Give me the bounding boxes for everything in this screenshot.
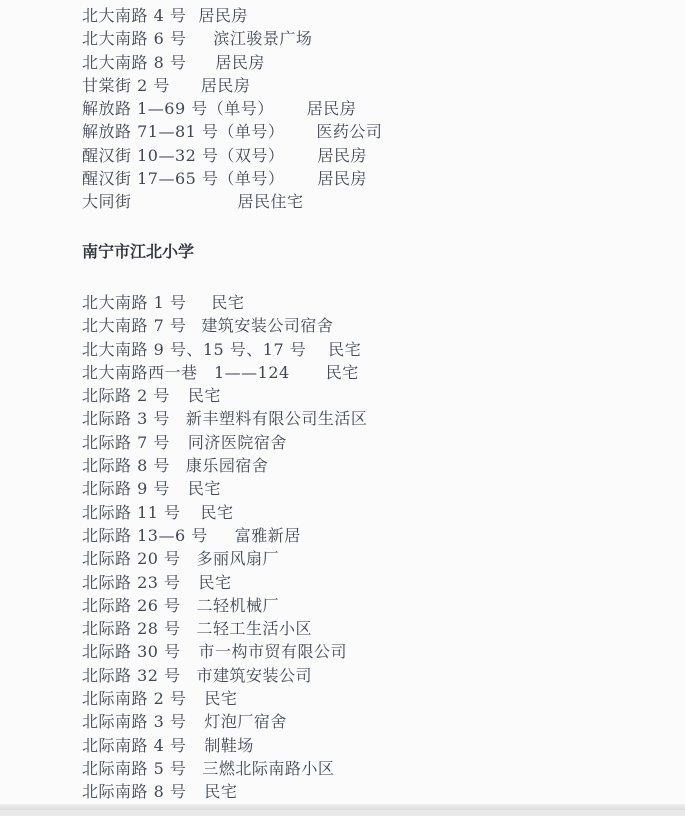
address-row: 北际路 23 号民宅 bbox=[82, 571, 665, 594]
address-row: 北际路 11 号民宅 bbox=[82, 501, 665, 524]
address-text: 北际路 11 号 bbox=[82, 501, 181, 524]
address-text: 北大南路 6 号 bbox=[82, 27, 186, 50]
address-text: 北大南路 1 号 bbox=[82, 291, 186, 314]
usage-text: 富雅新居 bbox=[235, 524, 301, 547]
address-row: 北际路 20 号多丽风扇厂 bbox=[82, 547, 665, 570]
usage-text: 民宅 bbox=[204, 687, 237, 710]
address-text: 北际路 28 号 bbox=[82, 617, 181, 640]
usage-text: 二轻机械厂 bbox=[197, 594, 280, 617]
address-text: 北际南路 8 号 bbox=[82, 780, 186, 803]
address-text: 北际路 13—6 号 bbox=[82, 524, 208, 547]
address-text: 北际路 32 号 bbox=[82, 664, 181, 687]
address-text: 北大南路 9 号、15 号、17 号 bbox=[82, 338, 306, 361]
address-row: 醒汉街 17—65 号（单号）居民房 bbox=[82, 167, 665, 190]
address-text: 醒汉街 17—65 号（单号） bbox=[82, 167, 284, 190]
address-text: 北大南路西一巷 1——124 bbox=[82, 361, 290, 384]
address-row: 解放路 1—69 号（单号）居民房 bbox=[82, 97, 665, 120]
address-row: 北际路 32 号市建筑安装公司 bbox=[82, 664, 665, 687]
address-row: 北大南路 1 号民宅 bbox=[82, 291, 665, 314]
address-row: 大同街居民住宅 bbox=[82, 190, 665, 213]
usage-text: 民宅 bbox=[188, 384, 221, 407]
usage-text: 居民房 bbox=[215, 51, 265, 74]
usage-text: 居民房 bbox=[201, 74, 251, 97]
usage-text: 同济医院宿舍 bbox=[188, 431, 287, 454]
usage-text: 新丰塑料有限公司生活区 bbox=[186, 407, 368, 430]
usage-text: 建筑安装公司宿舍 bbox=[201, 314, 333, 337]
usage-text: 民宅 bbox=[201, 501, 234, 524]
address-text: 北际南路 4 号 bbox=[82, 734, 186, 757]
usage-text: 居民房 bbox=[307, 97, 357, 120]
address-text: 北际路 30 号 bbox=[82, 640, 181, 663]
address-text: 北际南路 5 号 bbox=[82, 757, 186, 780]
address-row: 北际路 13—6 号富雅新居 bbox=[82, 524, 665, 547]
address-row: 北际南路 3 号灯泡厂宿舍 bbox=[82, 710, 665, 733]
usage-text: 民宅 bbox=[326, 361, 359, 384]
usage-text: 三燃北际南路小区 bbox=[202, 757, 334, 780]
address-text: 北际路 23 号 bbox=[82, 571, 181, 594]
address-text: 北际路 9 号 bbox=[82, 477, 170, 500]
usage-text: 居民房 bbox=[198, 4, 248, 27]
usage-text: 二轻工生活小区 bbox=[197, 617, 313, 640]
address-text: 北大南路 7 号 bbox=[82, 314, 186, 337]
address-row: 北际路 28 号二轻工生活小区 bbox=[82, 617, 665, 640]
address-text: 大同街 bbox=[82, 190, 132, 213]
usage-text: 居民住宅 bbox=[238, 190, 304, 213]
address-text: 醒汉街 10—32 号（双号） bbox=[82, 144, 284, 167]
address-text: 北际路 8 号 bbox=[82, 454, 170, 477]
address-text: 北大南路 8 号 bbox=[82, 51, 186, 74]
usage-text: 居民房 bbox=[317, 144, 367, 167]
usage-text: 民宅 bbox=[188, 477, 221, 500]
scan-bottom-edge bbox=[0, 804, 685, 810]
address-row: 北际路 2 号民宅 bbox=[82, 384, 665, 407]
address-row: 北际路 7 号同济医院宿舍 bbox=[82, 431, 665, 454]
address-row: 醒汉街 10—32 号（双号）居民房 bbox=[82, 144, 665, 167]
usage-text: 灯泡厂宿舍 bbox=[204, 710, 287, 733]
address-text: 北际路 20 号 bbox=[82, 547, 181, 570]
usage-text: 民宅 bbox=[211, 291, 244, 314]
usage-text: 滨江骏景广场 bbox=[213, 27, 312, 50]
address-text: 北际路 3 号 bbox=[82, 407, 170, 430]
usage-text: 制鞋场 bbox=[204, 734, 254, 757]
document-page: 北大南路 4 号居民房北大南路 6 号滨江骏景广场北大南路 8 号居民房甘棠街 … bbox=[0, 0, 685, 810]
document-content: 北大南路 4 号居民房北大南路 6 号滨江骏景广场北大南路 8 号居民房甘棠街 … bbox=[0, 0, 685, 804]
usage-text: 民宅 bbox=[199, 571, 232, 594]
address-text: 北际路 2 号 bbox=[82, 384, 170, 407]
usage-text: 市建筑安装公司 bbox=[197, 664, 313, 687]
address-row: 解放路 71—81 号（单号）医药公司 bbox=[82, 120, 665, 143]
address-row: 北际路 9 号民宅 bbox=[82, 477, 665, 500]
address-text: 甘棠街 2 号 bbox=[82, 74, 170, 97]
address-row: 北际南路 5 号三燃北际南路小区 bbox=[82, 757, 665, 780]
usage-text: 康乐园宿舍 bbox=[186, 454, 269, 477]
address-list-school: 北大南路 1 号民宅北大南路 7 号建筑安装公司宿舍北大南路 9 号、15 号、… bbox=[82, 291, 665, 804]
address-row: 北际南路 4 号制鞋场 bbox=[82, 734, 665, 757]
address-text: 北大南路 4 号 bbox=[82, 4, 186, 27]
address-text: 解放路 71—81 号（单号） bbox=[82, 120, 284, 143]
usage-text: 民宅 bbox=[328, 338, 361, 361]
section-heading: 南宁市江北小学 bbox=[82, 240, 665, 263]
address-text: 北际路 26 号 bbox=[82, 594, 181, 617]
usage-text: 多丽风扇厂 bbox=[197, 547, 280, 570]
address-row: 北大南路 9 号、15 号、17 号民宅 bbox=[82, 338, 665, 361]
address-text: 北际路 7 号 bbox=[82, 431, 170, 454]
address-text: 北际南路 3 号 bbox=[82, 710, 186, 733]
usage-text: 居民房 bbox=[317, 167, 367, 190]
address-text: 北际南路 2 号 bbox=[82, 687, 186, 710]
address-row: 北际路 30 号市一构市贸有限公司 bbox=[82, 640, 665, 663]
usage-text: 市一构市贸有限公司 bbox=[199, 640, 348, 663]
address-row: 北大南路 4 号居民房 bbox=[82, 4, 665, 27]
address-row: 北际南路 2 号民宅 bbox=[82, 687, 665, 710]
address-row: 北际南路 8 号民宅 bbox=[82, 780, 665, 803]
address-row: 北际路 8 号康乐园宿舍 bbox=[82, 454, 665, 477]
usage-text: 医药公司 bbox=[316, 120, 382, 143]
address-row: 北大南路 7 号建筑安装公司宿舍 bbox=[82, 314, 665, 337]
address-row: 北大南路 6 号滨江骏景广场 bbox=[82, 27, 665, 50]
address-row: 北大南路西一巷 1——124民宅 bbox=[82, 361, 665, 384]
address-list-top: 北大南路 4 号居民房北大南路 6 号滨江骏景广场北大南路 8 号居民房甘棠街 … bbox=[82, 4, 665, 214]
address-row: 北际路 3 号新丰塑料有限公司生活区 bbox=[82, 407, 665, 430]
usage-text: 民宅 bbox=[204, 780, 237, 803]
address-row: 甘棠街 2 号居民房 bbox=[82, 74, 665, 97]
address-row: 北际路 26 号二轻机械厂 bbox=[82, 594, 665, 617]
address-row: 北大南路 8 号居民房 bbox=[82, 51, 665, 74]
address-text: 解放路 1—69 号（单号） bbox=[82, 97, 274, 120]
